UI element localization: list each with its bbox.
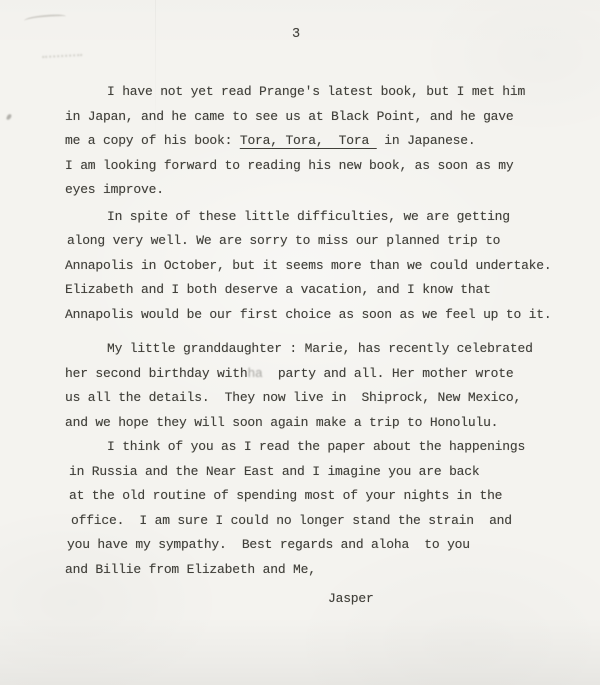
letter-line: Annapolis would be our first choice as s…	[65, 303, 585, 328]
letter-line: in Japan, and he came to see us at Black…	[65, 105, 585, 130]
smudged-text: ha	[247, 366, 262, 381]
letter-line: you have my sympathy. Best regards and a…	[65, 533, 585, 558]
letter-line: in Russia and the Near East and I imagin…	[65, 460, 585, 485]
paragraph-1: I have not yet read Prange's latest book…	[65, 80, 585, 203]
letter-text: me a copy of his book:	[65, 133, 240, 148]
letter-line: My little granddaughter : Marie, has rec…	[65, 337, 585, 362]
letter-line: Elizabeth and I both deserve a vacation,…	[65, 278, 585, 303]
letter-line: her second birthday withha party and all…	[65, 362, 585, 387]
letter-line: office. I am sure I could no longer stan…	[65, 509, 585, 534]
signature: Jasper	[65, 587, 585, 612]
letter-line: and we hope they will soon again make a …	[65, 411, 585, 436]
paragraph-2: In spite of these little difficulties, w…	[65, 205, 585, 328]
letter-line: In spite of these little difficulties, w…	[65, 205, 585, 230]
scanned-letter-page: { "page_number": "3", "colors": { "paper…	[0, 0, 600, 685]
paragraph-4: I think of you as I read the paper about…	[65, 435, 585, 582]
letter-line: I am looking forward to reading his new …	[65, 154, 585, 179]
letter-line: us all the details. They now live in Shi…	[65, 386, 585, 411]
letter-body: I have not yet read Prange's latest book…	[65, 80, 585, 612]
letter-text: her second birthday with	[65, 366, 247, 381]
letter-text: in Japanese.	[377, 133, 476, 148]
page-number: 3	[292, 27, 300, 42]
letter-line: at the old routine of spending most of y…	[65, 484, 585, 509]
paragraph-3: My little granddaughter : Marie, has rec…	[65, 337, 585, 435]
letter-line: Annapolis in October, but it seems more …	[65, 254, 585, 279]
letter-line: I think of you as I read the paper about…	[65, 435, 585, 460]
letter-line: I have not yet read Prange's latest book…	[65, 80, 585, 105]
letter-line: eyes improve.	[65, 178, 585, 203]
letter-text: party and all. Her mother wrote	[263, 366, 514, 381]
letter-line: me a copy of his book: Tora, Tora, Tora …	[65, 129, 585, 154]
letter-line: along very well. We are sorry to miss ou…	[65, 229, 585, 254]
book-title-underlined: Tora, Tora, Tora	[240, 133, 377, 148]
letter-line: and Billie from Elizabeth and Me,	[65, 558, 585, 583]
